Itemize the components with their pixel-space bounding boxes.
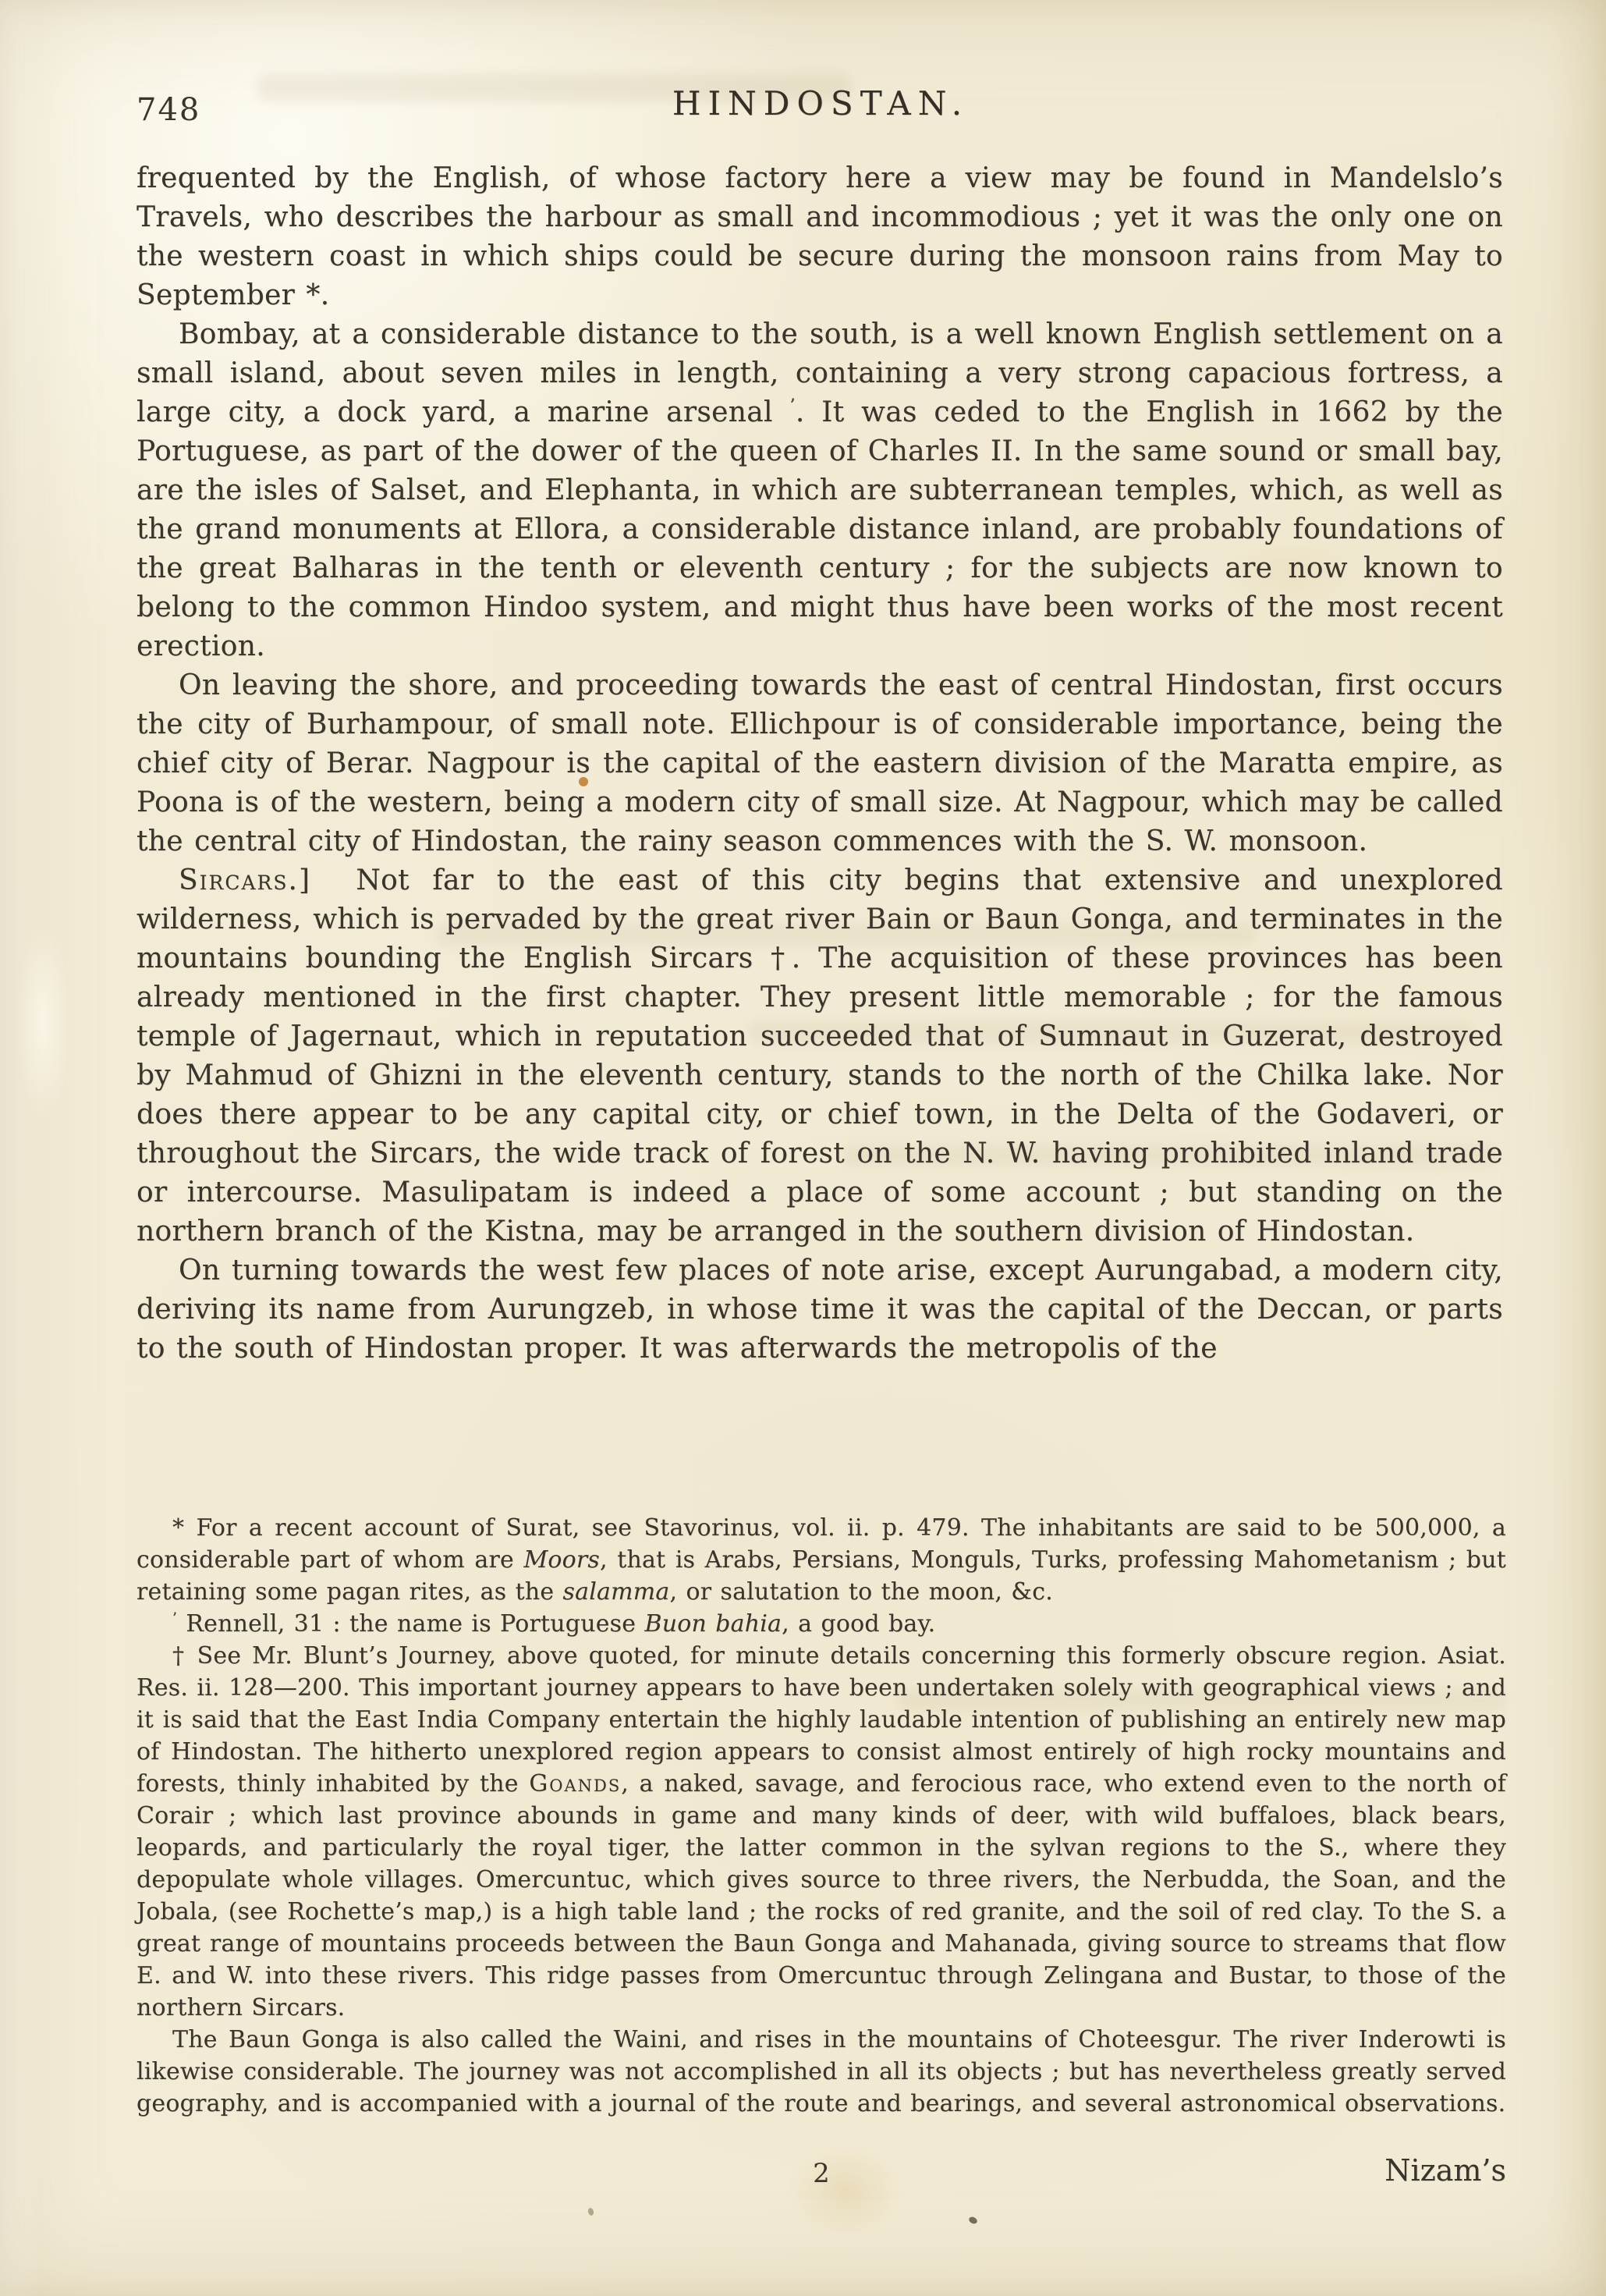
- main-text-block: frequented by the English, of whose fact…: [136, 159, 1503, 1368]
- page-header: 748 HINDOSTAN.: [136, 84, 1505, 122]
- body-paragraph-bombay: Bombay, at a considerable distance to th…: [136, 315, 1503, 666]
- running-title: HINDOSTAN.: [136, 84, 1505, 122]
- body-paragraph-surat-continuation: frequented by the English, of whose fact…: [136, 159, 1503, 315]
- page-footer: 2 Nizam’s: [136, 2158, 1506, 2197]
- catchword: Nizam’s: [1384, 2153, 1506, 2188]
- paper-stain: [16, 921, 70, 1123]
- paper-stain: [587, 2207, 594, 2216]
- footnote-surat: * For a recent account of Surat, see Sta…: [136, 1512, 1506, 1608]
- footnote-baun-gonga: The Baun Gonga is also called the Waini,…: [136, 2024, 1506, 2120]
- book-page: 748 HINDOSTAN. frequented by the English…: [0, 0, 1606, 2296]
- signature-mark: 2: [136, 2158, 1506, 2189]
- body-paragraph-aurungabad: On turning towards the west few places o…: [136, 1251, 1503, 1368]
- body-paragraph-on-leaving-shore: On leaving the shore, and proceeding tow…: [136, 666, 1503, 861]
- footnote-blunt-journey: † See Mr. Blunt’s Journey, above quoted,…: [136, 1640, 1506, 2024]
- page-number: 748: [136, 92, 200, 128]
- footnotes-block: * For a recent account of Surat, see Sta…: [136, 1512, 1506, 2120]
- paper-stain: [968, 2216, 978, 2225]
- footnote-rennell: ’ Rennell, 31 : the name is Portuguese B…: [136, 1608, 1506, 1640]
- body-paragraph-sircars: Sircars.] Not far to the east of this ci…: [136, 861, 1503, 1251]
